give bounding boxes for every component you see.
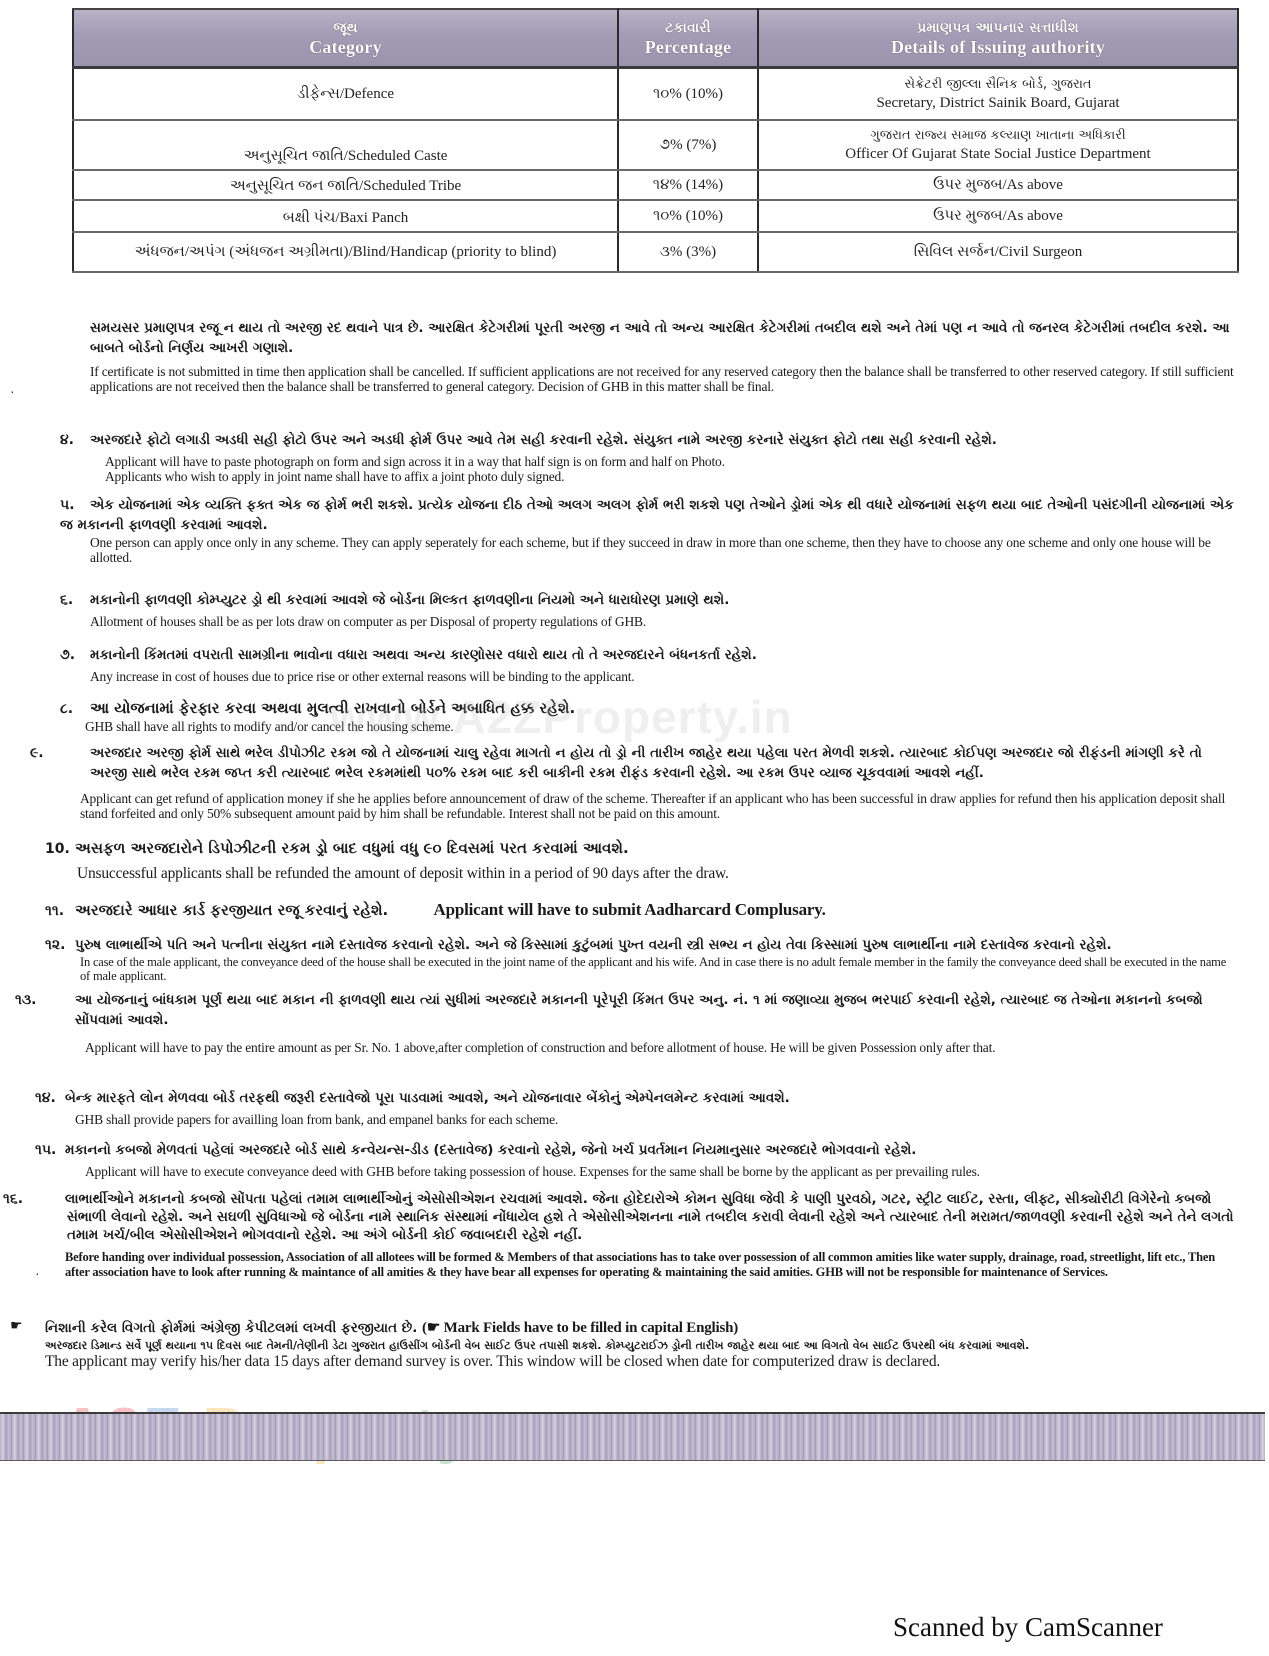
scanned-document-page: જૂથ Category ટકાવારી Percentage પ્રમાણપત… <box>0 0 1269 1656</box>
table-row: અનુસૂચિત જાતિ/Scheduled Caste ૭% (7%) ગુ… <box>73 120 1238 170</box>
clause-15: ૧૫.મકાનનો કબજો મેળવતાં પહેલાં અરજદારે બો… <box>35 1140 1235 1179</box>
scanner-credit: Scanned by CamScanner <box>893 1612 1163 1643</box>
table-header-row: જૂથ Category ટકાવારી Percentage પ્રમાણપત… <box>73 9 1238 68</box>
percentage-cell: ૧૪% (14%) <box>618 170 758 200</box>
margin-mark: · <box>35 1265 40 1281</box>
clause-14: ૧૪.બેન્ક મારફતે લોન મેળવવા બોર્ડ તરફથી જ… <box>35 1088 1235 1127</box>
percentage-cell: ૩% (3%) <box>618 232 758 272</box>
authority-cell: ગુજરાત રાજ્ય સમાજ કલ્યાણ ખાતાના અધિકારી … <box>758 120 1238 170</box>
percentage-cell: ૧૦% (10%) <box>618 68 758 120</box>
table-row: ડીફેન્સ/Defence ૧૦% (10%) સેક્રેટરી જીલ્… <box>73 68 1238 120</box>
header-percentage: ટકાવારી Percentage <box>618 9 758 68</box>
clause-12: ૧૨.પુરુષ લાભાર્થીએ પતિ અને પત્નીના સંયુક… <box>45 935 1235 983</box>
percentage-cell: ૧૦% (10%) <box>618 200 758 232</box>
authority-cell: સેક્રેટરી જીલ્લા સૈનિક બોર્ડ, ગુજરાત Sec… <box>758 68 1238 120</box>
table-row: અંધજન/અપંગ (અંધજન અગ્રીમતા)/Blind/Handic… <box>73 232 1238 272</box>
clause-10: 10.અસફળ અરજદારોને ડિપોઝીટની રકમ ડ્રો બાદ… <box>45 838 1235 883</box>
clause-capital-english-note: ☛ નિશાની કરેલ વિગતો ફોર્મમાં અંગ્રેજી કે… <box>45 1318 1235 1371</box>
authority-cell: ઉપર મુજબ/As above <box>758 170 1238 200</box>
margin-mark: · <box>10 383 15 399</box>
table-row: બક્ષી પંચ/Baxi Panch ૧૦% (10%) ઉપર મુજબ/… <box>73 200 1238 232</box>
scanned-edge-band <box>0 1412 1265 1461</box>
percentage-cell: ૭% (7%) <box>618 120 758 170</box>
category-cell: અનુસૂચિત જન જાતિ/Scheduled Tribe <box>73 170 618 200</box>
header-issuing-authority: પ્રમાણપત્ર આપનાર સત્તાધીશ Details of Iss… <box>758 9 1238 68</box>
category-cell: અનુસૂચિત જાતિ/Scheduled Caste <box>73 120 618 170</box>
category-cell: અંધજન/અપંગ (અંધજન અગ્રીમતા)/Blind/Handic… <box>73 232 618 272</box>
clause-5: ૫.એક યોજનામાં એક વ્યક્તિ ફક્ત એક જ ફોર્મ… <box>60 495 1235 565</box>
watermark-url: www.A2ZProperty.in <box>330 690 793 744</box>
clause-intro: સમયસર પ્રમાણપત્ર રજૂ ન થાય તો અરજી રદ થવ… <box>90 318 1235 394</box>
clause-4: ૪.અરજદારે ફોટો લગાડી અડધી સહી ફોટો ઉપર અ… <box>60 430 1235 484</box>
clause-11: ૧૧.અરજદારે આધાર કાર્ડ ફરજીયાત રજૂ કરવાનુ… <box>45 900 1235 921</box>
category-cell: ડીફેન્સ/Defence <box>73 68 618 120</box>
category-cell: બક્ષી પંચ/Baxi Panch <box>73 200 618 232</box>
clause-7: ૭.મકાનોની કિંમતમાં વપરાતી સામગ્રીના ભાવો… <box>60 645 1235 684</box>
header-category: જૂથ Category <box>73 9 618 68</box>
table-row: અનુસૂચિત જન જાતિ/Scheduled Tribe ૧૪% (14… <box>73 170 1238 200</box>
authority-cell: સિવિલ સર્જન/Civil Surgeon <box>758 232 1238 272</box>
authority-cell: ઉપર મુજબ/As above <box>758 200 1238 232</box>
clause-6: ૬.મકાનોની ફાળવણી કોમ્પ્યુટર ડ્રો થી કરવા… <box>60 590 1235 629</box>
clause-9: ૯.અરજદાર અરજી ફોર્મ સાથે ભરેલ ડીપોઝીટ રક… <box>60 743 1235 821</box>
clause-16: ૧૬.લાભાર્થીઓને મકાનનો કબજો સોંપતા પહેલાં… <box>35 1190 1235 1280</box>
reservation-category-table: જૂથ Category ટકાવારી Percentage પ્રમાણપત… <box>72 8 1239 273</box>
clause-13: ૧૩.આ યોજનાનું બાંધકામ પૂર્ણ થયા બાદ મકાન… <box>45 990 1235 1055</box>
